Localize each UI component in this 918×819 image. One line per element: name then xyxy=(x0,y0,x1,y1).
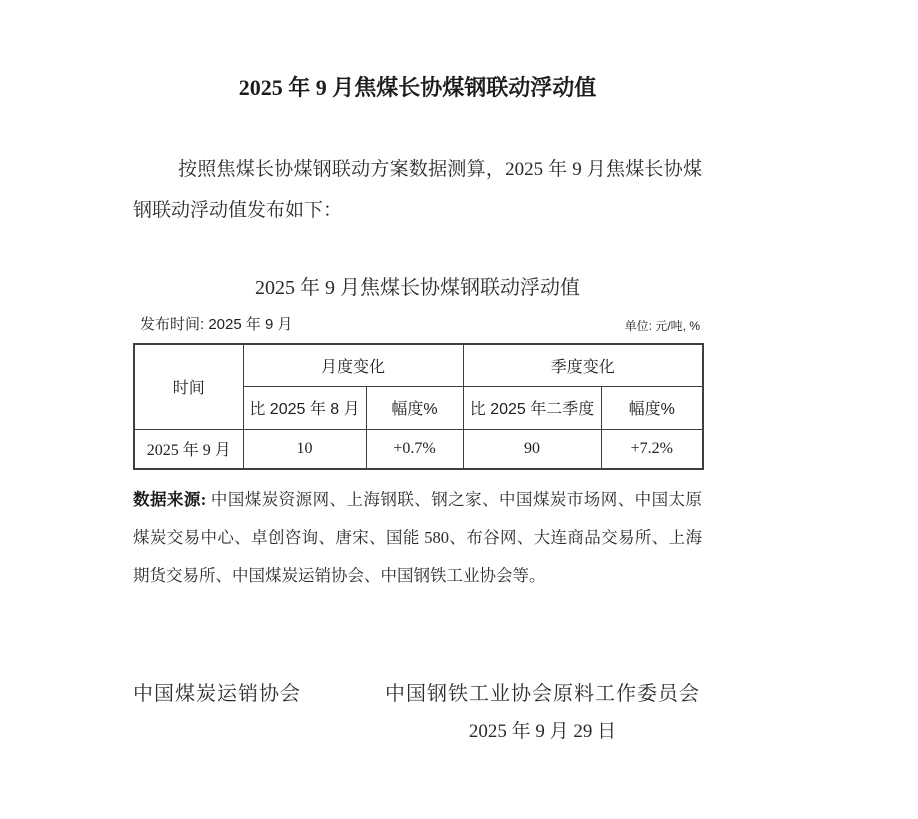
row-time: 2025 年 9 月 xyxy=(134,429,243,469)
vs-q2-header: 比 2025 年二季度 xyxy=(463,386,601,429)
monthly-rate-value: +0.7% xyxy=(366,429,463,469)
signature-date: 2025 年 9 月 29 日 xyxy=(383,720,702,744)
intro-paragraph: 按照焦煤长协煤钢联动方案数据测算，2025 年 9 月焦煤长协煤钢联动浮动值发布… xyxy=(133,149,702,231)
table-group-header-row: 时间 月度变化 季度变化 xyxy=(134,344,703,386)
document-page: 2025 年 9 月焦煤长协煤钢联动浮动值 按照焦煤长协煤钢联动方案数据测算，2… xyxy=(0,0,918,819)
document-content: 2025 年 9 月焦煤长协煤钢联动浮动值 按照焦煤长协煤钢联动方案数据测算，2… xyxy=(133,0,702,819)
table-meta-row: 发布时间: 2025 年 9 月 单位: 元/吨, % xyxy=(133,313,702,334)
quarterly-rate-value: +7.2% xyxy=(601,429,703,469)
time-header: 时间 xyxy=(134,344,243,429)
monthly-rate-header: 幅度% xyxy=(366,386,463,429)
doc-title: 2025 年 9 月焦煤长协煤钢联动浮动值 xyxy=(133,74,702,102)
table-data-row: 2025 年 9 月 10 +0.7% 90 +7.2% xyxy=(134,429,703,469)
linkage-table: 时间 月度变化 季度变化 比 2025 年 8 月 幅度% 比 2025 年二季… xyxy=(133,343,704,470)
data-source-label: 数据来源: xyxy=(133,490,211,509)
table-caption: 2025 年 9 月焦煤长协煤钢联动浮动值 xyxy=(133,276,702,301)
data-source-text: 中国煤炭资源网、上海钢联、钢之家、中国煤炭市场网、中国太原煤炭交易中心、卓创咨询… xyxy=(133,490,702,585)
data-source-paragraph: 数据来源: 中国煤炭资源网、上海钢联、钢之家、中国煤炭市场网、中国太原煤炭交易中… xyxy=(133,481,702,595)
vs-august-header: 比 2025 年 8 月 xyxy=(243,386,366,429)
left-org-signature: 中国煤炭运销协会 xyxy=(133,677,301,706)
monthly-change-header: 月度变化 xyxy=(243,344,463,386)
quarterly-change-header: 季度变化 xyxy=(463,344,703,386)
publish-time-label: 发布时间: 2025 年 9 月 xyxy=(133,313,293,334)
right-org-signature: 中国钢铁工业协会原料工作委员会 xyxy=(383,677,702,706)
unit-label: 单位: 元/吨, % xyxy=(625,317,702,334)
quarterly-change-value: 90 xyxy=(463,429,601,469)
quarterly-rate-header: 幅度% xyxy=(601,386,703,429)
monthly-change-value: 10 xyxy=(243,429,366,469)
